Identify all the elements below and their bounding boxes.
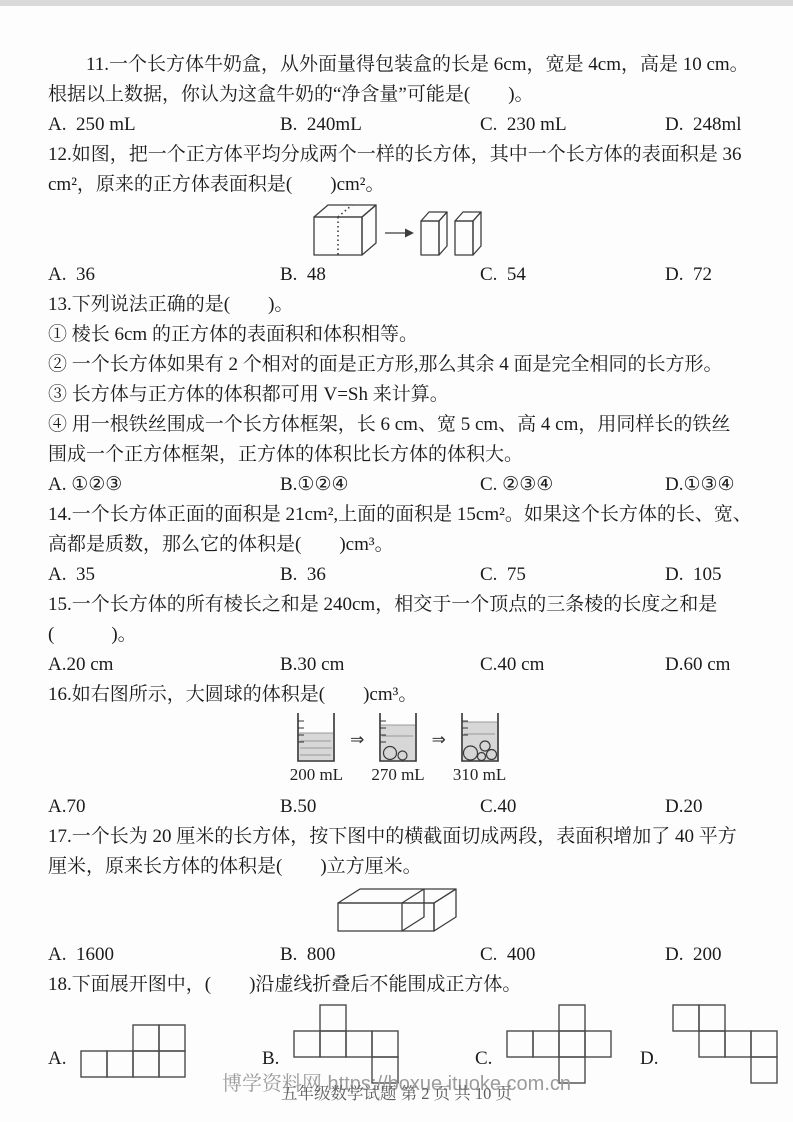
question-13-stem: 13.下列说法正确的是( )。 bbox=[48, 290, 748, 320]
prism-cut-diagram bbox=[334, 883, 462, 937]
question-13-statement-4-line-1: ④ 用一根铁丝围成一个长方体框架，长 6 cm、宽 5 cm、高 4 cm，用同… bbox=[48, 410, 748, 440]
question-16-stem: 16.如右图所示，大圆球的体积是( )cm³。 bbox=[48, 680, 748, 710]
question-16: 16.如右图所示，大圆球的体积是( )cm³。 200 mL ⇒ bbox=[48, 680, 748, 822]
beaker-3: 310 mL bbox=[453, 712, 506, 785]
option-a: A.70 bbox=[48, 792, 280, 822]
question-13: 13.下列说法正确的是( )。 ① 棱长 6cm 的正方体的表面积和体积相等。 … bbox=[48, 290, 748, 500]
question-11: 11.一个长方体牛奶盒，从外面量得包装盒的长是 6cm，宽是 4cm，高是 10… bbox=[48, 50, 748, 140]
question-11-options: A. 250 mL B. 240mL C. 230 mL D. 248ml bbox=[48, 110, 748, 140]
question-15-line-1: 15.一个长方体的所有棱长之和是 240cm，相交于一个顶点的三条棱的长度之和是 bbox=[48, 590, 748, 620]
option-c: C. ②③④ bbox=[480, 470, 665, 500]
option-d: D. 200 bbox=[665, 940, 748, 970]
question-15-line-2: ( )。 bbox=[48, 620, 748, 650]
option-d: D.①③④ bbox=[665, 470, 748, 500]
question-15: 15.一个长方体的所有棱长之和是 240cm，相交于一个顶点的三条棱的长度之和是… bbox=[48, 590, 748, 680]
question-16-figure: 200 mL ⇒ 270 mL ⇒ bbox=[48, 712, 748, 792]
option-a: A. 35 bbox=[48, 560, 280, 590]
cube-split-diagram bbox=[309, 201, 487, 259]
question-12: 12.如图，把一个正方体平均分成两个一样的长方体，其中一个长方体的表面积是 36… bbox=[48, 140, 748, 290]
option-b: B.①②④ bbox=[280, 470, 480, 500]
option-b: B.50 bbox=[280, 792, 480, 822]
test-paper-page: 11.一个长方体牛奶盒，从外面量得包装盒的长是 6cm，宽是 4cm，高是 10… bbox=[0, 0, 793, 1084]
arrow-right-icon: ⇒ bbox=[432, 730, 446, 750]
beaker-2-label: 270 mL bbox=[371, 765, 424, 785]
option-b: B. 240mL bbox=[280, 110, 480, 140]
question-14-line-1: 14.一个长方体正面的面积是 21cm²,上面的面积是 15cm²。如果这个长方… bbox=[48, 500, 748, 530]
question-11-line-1: 11.一个长方体牛奶盒，从外面量得包装盒的长是 6cm，宽是 4cm，高是 10… bbox=[48, 50, 748, 80]
option-d: D. 105 bbox=[665, 560, 748, 590]
question-12-line-2: cm²，原来的正方体表面积是( )cm²。 bbox=[48, 170, 748, 200]
option-d: D. 72 bbox=[665, 260, 748, 290]
question-13-options: A. ①②③ B.①②④ C. ②③④ D.①③④ bbox=[48, 470, 748, 500]
question-14: 14.一个长方体正面的面积是 21cm²,上面的面积是 15cm²。如果这个长方… bbox=[48, 500, 748, 590]
question-16-options: A.70 B.50 C.40 D.20 bbox=[48, 792, 748, 822]
option-a: A. 1600 bbox=[48, 940, 280, 970]
beaker-1-label: 200 mL bbox=[290, 765, 343, 785]
question-12-figure bbox=[48, 201, 748, 259]
option-d: D.60 cm bbox=[665, 650, 748, 680]
option-a: A. ①②③ bbox=[48, 470, 280, 500]
option-b: B. 800 bbox=[280, 940, 480, 970]
question-12-options: A. 36 B. 48 C. 54 D. 72 bbox=[48, 260, 748, 290]
option-a: A.20 cm bbox=[48, 650, 280, 680]
option-b: B. 48 bbox=[280, 260, 480, 290]
option-c: C. 54 bbox=[480, 260, 665, 290]
question-14-line-2: 高都是质数，那么它的体积是( )cm³。 bbox=[48, 530, 748, 560]
option-c: C. 230 mL bbox=[480, 110, 665, 140]
question-13-statement-3: ③ 长方体与正方体的体积都可用 V=Sh 来计算。 bbox=[48, 380, 748, 410]
option-c: C. 400 bbox=[480, 940, 665, 970]
question-17-figure bbox=[48, 883, 748, 939]
option-a: A. 250 mL bbox=[48, 110, 280, 140]
question-13-statement-4-line-2: 围成一个正方体框架，正方体的体积比长方体的体积大。 bbox=[48, 440, 748, 470]
option-c: C.40 bbox=[480, 792, 665, 822]
question-17-line-2: 厘米，原来长方体的体积是( )立方厘米。 bbox=[48, 852, 748, 882]
arrow-right-icon: ⇒ bbox=[350, 730, 364, 750]
question-17-line-1: 17.一个长为 20 厘米的长方体，按下图中的横截面切成两段，表面积增加了 40… bbox=[48, 822, 748, 852]
beaker-3-diagram bbox=[457, 712, 503, 764]
question-14-options: A. 35 B. 36 C. 75 D. 105 bbox=[48, 560, 748, 590]
option-c: C. 75 bbox=[480, 560, 665, 590]
option-b: B. 36 bbox=[280, 560, 480, 590]
beaker-1-diagram bbox=[293, 712, 339, 764]
option-d: D. 248ml bbox=[665, 110, 748, 140]
question-12-line-1: 12.如图，把一个正方体平均分成两个一样的长方体，其中一个长方体的表面积是 36 bbox=[48, 140, 748, 170]
question-11-line-2: 根据以上数据，你认为这盒牛奶的“净含量”可能是( )。 bbox=[48, 80, 748, 110]
scan-edge-artifact bbox=[0, 0, 793, 6]
question-17: 17.一个长为 20 厘米的长方体，按下图中的横截面切成两段，表面积增加了 40… bbox=[48, 822, 748, 970]
beaker-2: 270 mL bbox=[371, 712, 424, 785]
question-17-options: A. 1600 B. 800 C. 400 D. 200 bbox=[48, 940, 748, 970]
option-d: D.20 bbox=[665, 792, 748, 822]
beaker-2-diagram bbox=[375, 712, 421, 764]
question-13-statement-1: ① 棱长 6cm 的正方体的表面积和体积相等。 bbox=[48, 320, 748, 350]
page-footer: 五年级数学试题 第 2 页 共 10 页 bbox=[0, 1080, 793, 1104]
beaker-1: 200 mL bbox=[290, 712, 343, 785]
option-a: A. 36 bbox=[48, 260, 280, 290]
option-c: C.40 cm bbox=[480, 650, 665, 680]
question-18-stem: 18.下面展开图中，( )沿虚线折叠后不能围成正方体。 bbox=[48, 970, 748, 1000]
question-13-statement-2: ② 一个长方体如果有 2 个相对的面是正方形,那么其余 4 面是完全相同的长方形… bbox=[48, 350, 748, 380]
question-15-options: A.20 cm B.30 cm C.40 cm D.60 cm bbox=[48, 650, 748, 680]
option-b: B.30 cm bbox=[280, 650, 480, 680]
beaker-3-label: 310 mL bbox=[453, 765, 506, 785]
